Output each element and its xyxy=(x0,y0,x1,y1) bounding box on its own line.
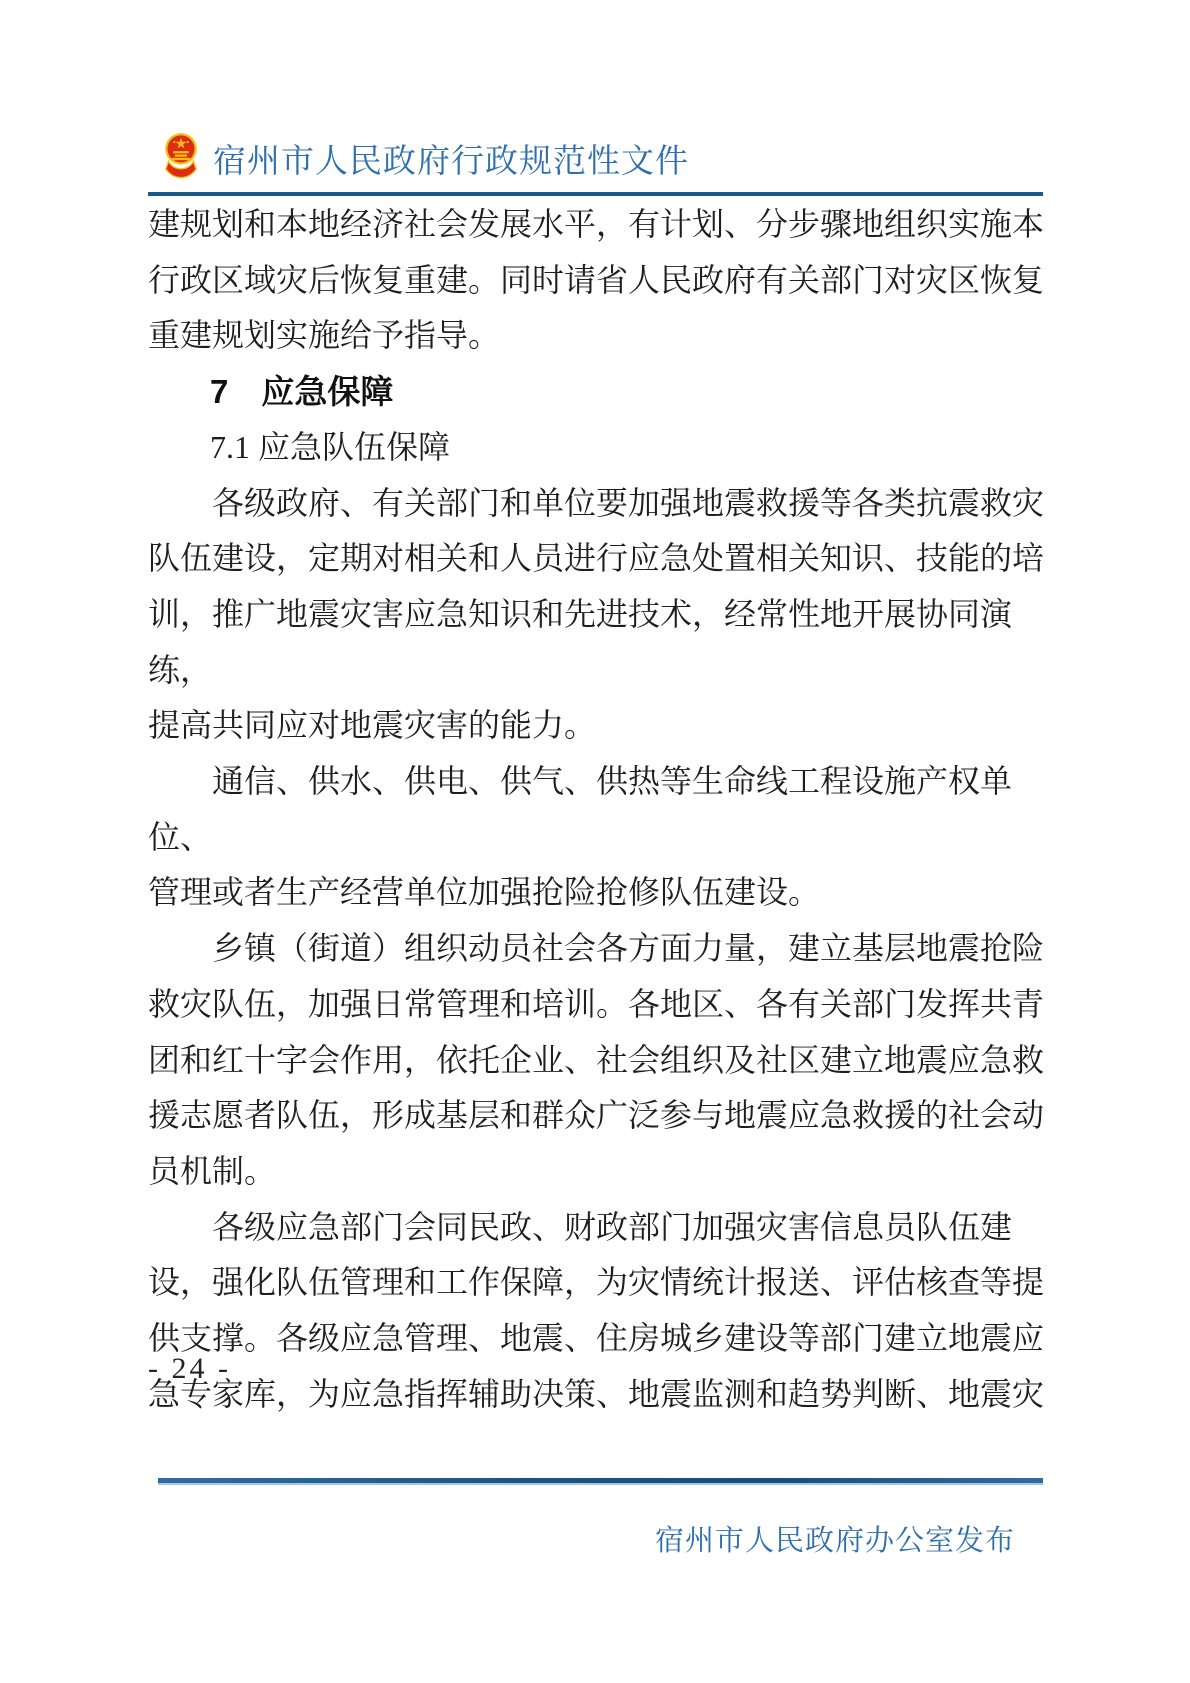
subsection-heading: 7.1 应急队伍保障 xyxy=(148,420,1044,476)
publisher-line: 宿州市人民政府办公室发布 xyxy=(148,1518,1015,1559)
section-heading: 7 应急保障 xyxy=(148,364,1044,420)
paragraph: 乡镇（街道）组织动员社会各方面力量，建立基层地震抢险 救灾队伍，加强日常管理和培… xyxy=(148,921,1044,1200)
document-page: 宿州市人民政府行政规范性文件 建规划和本地经济社会发展水平，有计划、分步骤地组织… xyxy=(0,0,1190,1683)
header-divider xyxy=(148,192,1043,196)
document-title: 宿州市人民政府行政规范性文件 xyxy=(213,135,689,182)
paragraph: 各级政府、有关部门和单位要加强地震救援等各类抗震救灾 队伍建设，定期对相关和人员… xyxy=(148,476,1044,755)
paragraph: 各级应急部门会同民政、财政部门加强灾害信息员队伍建 设，强化队伍管理和工作保障，… xyxy=(148,1200,1044,1423)
footer-divider xyxy=(158,1478,1043,1485)
national-emblem-icon xyxy=(163,132,199,186)
paragraph: 通信、供水、供电、供气、供热等生命线工程设施产权单位、 管理或者生产经营单位加强… xyxy=(148,754,1044,921)
paragraph-continued: 建规划和本地经济社会发展水平，有计划、分步骤地组织实施本 行政区域灾后恢复重建。… xyxy=(148,197,1044,364)
document-body: 建规划和本地经济社会发展水平，有计划、分步骤地组织实施本 行政区域灾后恢复重建。… xyxy=(148,197,1044,1422)
document-header: 宿州市人民政府行政规范性文件 xyxy=(163,130,689,186)
page-number: - 24 - xyxy=(148,1352,231,1386)
